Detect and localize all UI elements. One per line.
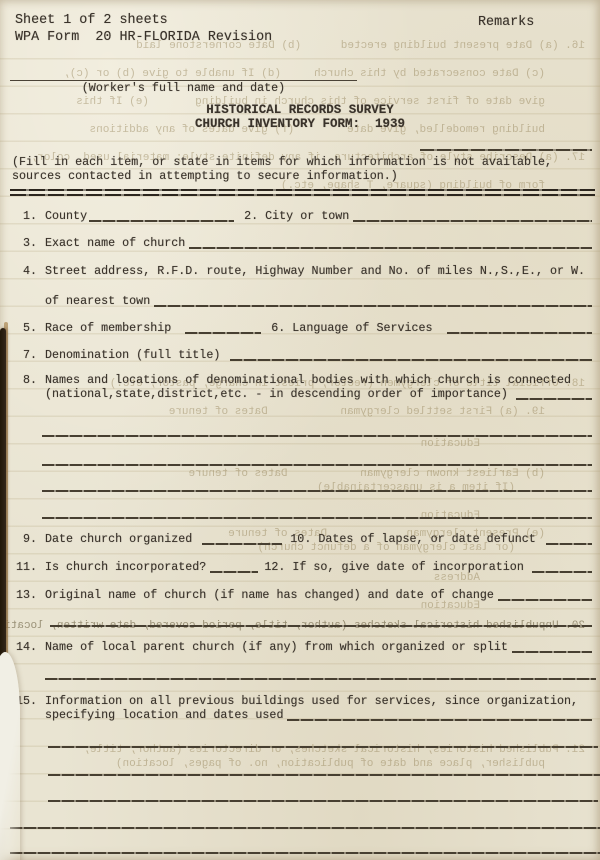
item-number: 3. bbox=[15, 236, 37, 250]
blank-field bbox=[546, 543, 592, 545]
blank-field bbox=[210, 571, 258, 573]
form-item-4: 4. Street address, R.F.D. route, Highway… bbox=[15, 262, 592, 278]
ruled-blank-line bbox=[10, 827, 600, 829]
page-curl bbox=[0, 652, 20, 860]
form-item-4-continued: of nearest town bbox=[45, 292, 592, 308]
section-divider bbox=[10, 189, 595, 196]
item-label: County bbox=[45, 209, 87, 223]
blank-field bbox=[512, 651, 592, 653]
item-label: Street address, R.F.D. route, Highway Nu… bbox=[45, 264, 585, 278]
ruled-blank-line bbox=[42, 490, 592, 492]
item-label: 12. If so, give date of incorporation bbox=[264, 560, 524, 574]
form-item-5-6: 5. Race of membership 6. Language of Ser… bbox=[15, 319, 592, 335]
item-number: 11. bbox=[15, 560, 37, 574]
form-item-9-10: 9. Date church organized 10. Dates of la… bbox=[15, 530, 592, 546]
form-item-7: 7. Denomination (full title) bbox=[15, 346, 592, 362]
item-label: 10. Dates of lapse, or date defunct bbox=[290, 532, 535, 546]
bleedthrough-text: Education bbox=[421, 438, 480, 450]
ruled-blank-line bbox=[50, 625, 592, 627]
ruled-blank-line bbox=[42, 464, 592, 466]
short-rule bbox=[420, 149, 592, 151]
item-label: Original name of church (if name has cha… bbox=[45, 588, 494, 602]
ruled-blank-line bbox=[48, 800, 598, 802]
form-item-14: 14. Name of local parent church (if any)… bbox=[15, 638, 592, 654]
item-label: Is church incorporated? bbox=[45, 560, 206, 574]
item-label: Race of membership bbox=[45, 321, 171, 335]
bleedthrough-text: 19. (a) First settled clergyman Dates of… bbox=[169, 406, 545, 418]
ruled-blank-line bbox=[45, 678, 596, 680]
blank-field bbox=[154, 305, 592, 307]
item-number: 5. bbox=[15, 321, 37, 335]
item-number: 14. bbox=[15, 640, 37, 654]
item-number: 9. bbox=[15, 532, 37, 546]
blank-field bbox=[230, 359, 592, 361]
form-title: CHURCH INVENTORY FORM: 1939 bbox=[0, 117, 600, 131]
form-item-15-continued: specifying location and dates used bbox=[45, 706, 592, 722]
form-item-1-2: 1. County 2. City or town bbox=[15, 207, 592, 223]
blank-field bbox=[185, 332, 261, 334]
bleedthrough-text: (If item a is unascertainable) bbox=[317, 482, 515, 494]
blank-field bbox=[532, 571, 592, 573]
item-label: of nearest town bbox=[45, 294, 150, 308]
item-number: 4. bbox=[15, 264, 37, 278]
bleedthrough-text: (b) Earliest known clergyman Dates of te… bbox=[189, 468, 545, 480]
ruled-blank-line bbox=[42, 435, 592, 437]
remarks-label: Remarks bbox=[478, 15, 534, 30]
form-item-3: 3. Exact name of church bbox=[15, 234, 592, 250]
form-id-label: WPA Form 20 HR-FLORIDA Revision bbox=[15, 30, 272, 45]
item-number: 13. bbox=[15, 588, 37, 602]
item-label: 2. City or town bbox=[244, 209, 349, 223]
item-label: Date church organized bbox=[45, 532, 192, 546]
instructions-line2: sources contacted in attempting to secur… bbox=[12, 169, 398, 183]
item-label: (national,state,district,etc. - in desce… bbox=[45, 387, 508, 401]
blank-field bbox=[287, 719, 592, 721]
page-edge-shadow bbox=[0, 328, 6, 700]
form-item-8-continued: (national,state,district,etc. - in desce… bbox=[45, 385, 592, 401]
bleedthrough-text: publisher, place and date of publication… bbox=[116, 758, 545, 770]
blank-field bbox=[516, 398, 592, 400]
item-label: specifying location and dates used bbox=[45, 708, 283, 722]
worker-caption: (Worker's full name and date) bbox=[10, 81, 357, 95]
form-item-11-12: 11. Is church incorporated? 12. If so, g… bbox=[15, 558, 592, 574]
blank-field bbox=[353, 220, 592, 222]
item-label: Name of local parent church (if any) fro… bbox=[45, 640, 508, 654]
blank-field bbox=[189, 247, 592, 249]
form-item-13: 13. Original name of church (if name has… bbox=[15, 586, 592, 602]
item-label: Denomination (full title) bbox=[45, 348, 220, 362]
survey-title: HISTORICAL RECORDS SURVEY bbox=[0, 103, 600, 117]
ruled-blank-line bbox=[10, 852, 600, 854]
blank-field bbox=[447, 332, 592, 334]
instructions-line1: (Fill in each item, or state in items fo… bbox=[12, 155, 552, 169]
item-label: Exact name of church bbox=[45, 236, 185, 250]
blank-field bbox=[89, 220, 234, 222]
blank-field bbox=[498, 599, 592, 601]
document-page: 16. (a) Date present building erected (b… bbox=[0, 0, 600, 860]
worker-signature-line bbox=[10, 67, 357, 81]
item-label: 6. Language of Services bbox=[271, 321, 432, 335]
blank-field bbox=[202, 543, 282, 545]
ruled-blank-line bbox=[48, 746, 598, 748]
sheet-count-label: Sheet 1 of 2 sheets bbox=[15, 13, 168, 28]
ruled-blank-line bbox=[42, 517, 592, 519]
bleedthrough-text: Education bbox=[421, 510, 480, 522]
item-number: 8. bbox=[15, 373, 37, 387]
item-number: 1. bbox=[15, 209, 37, 223]
item-number: 7. bbox=[15, 348, 37, 362]
ruled-blank-line bbox=[48, 774, 600, 776]
